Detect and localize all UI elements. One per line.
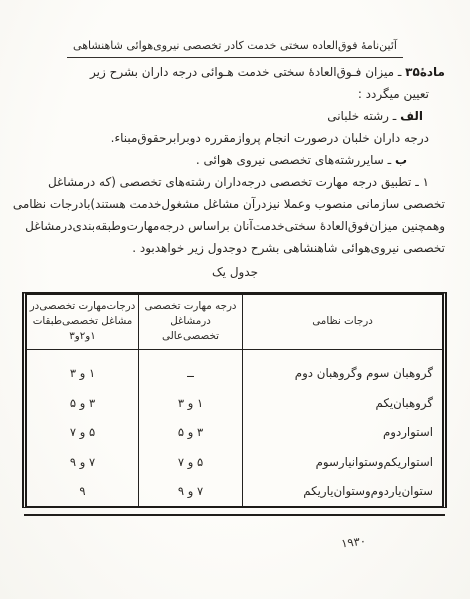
table-bottom-double-rule [24,514,445,516]
ranks-cells: گروهبان سوم وگروهبان دوم گروهبان‌یکم است… [243,350,442,507]
item1-line1: ۱ ـ تطبیق درجه مهارت تخصصی درجه‌داران رش… [25,171,429,193]
column-header-classes-line2: مشاغل تخصصی‌طبقات ۱و۲و۳ [29,314,136,344]
rank-cell: ستوان‌یاردوم‌وستوان‌یاریکم [243,477,442,507]
high-degree-cell: ــ [139,359,242,389]
article-intro-text: ـ میزان فـوق‌العادهٔ سختی خدمت هـوائی در… [90,65,405,79]
column-header-high-line1: درجه مهارت تخصصی [145,299,237,314]
high-degree-cell: ۵ و ۷ [139,447,242,477]
clause-a-heading: الف ـ رشته خلبانی [25,105,423,127]
clause-a-body: درجه داران خلبان درصورت انجام پروازمقرره… [25,127,429,149]
degrees-table: درجات نظامی گروهبان سوم وگروهبان دوم گرو… [22,292,447,508]
header-title: آئین‌نامهٔ فوق‌العاده سختی خدمت کادر تخص… [67,39,403,58]
article-intro-line2: تعیین میگردد : [25,83,429,105]
page-number: ۱۹۳۰ [325,534,366,553]
classes-degree-cell: ۵ و ۷ [27,418,138,448]
rank-cell: گروهبان سوم وگروهبان دوم [243,359,442,389]
rank-cell: استواریکم‌وستوانیارسوم [243,447,442,477]
column-high-specialty-degree: درجه مهارت تخصصی درمشاغل تخصصی‌عالی ــ ۱… [139,295,243,506]
rank-cell: گروهبان‌یکم [243,388,442,418]
item1-line2: تخصصی سازمانی منصوب وعملا نیزدرآن مشاغل … [25,193,445,215]
document-header: آئین‌نامهٔ فوق‌العاده سختی خدمت کادر تخص… [0,34,470,58]
article-number-label: مادۀ۳۵ [405,65,445,79]
classes-degree-cell: ۷ و ۹ [27,447,138,477]
classes-degree-cell: ۱ و ۳ [27,359,138,389]
column-header-ranks-label: درجات نظامی [312,314,373,329]
column-header-classes-line1: درجات‌مهارت تخصصی‌در [30,299,136,314]
clause-b-heading: ب ـ سایررشته‌های تخصصی نیروی هوائی . [25,149,407,171]
column-military-ranks: درجات نظامی گروهبان سوم وگروهبان دوم گرو… [243,295,442,506]
item1-line3: وهمچنین میزان‌فوق‌العادهٔ سختی‌خدمت‌آنان… [25,215,445,237]
scanned-document-page: آئین‌نامهٔ فوق‌العاده سختی خدمت کادر تخص… [0,0,470,599]
column-header-high-specialty: درجه مهارت تخصصی درمشاغل تخصصی‌عالی [139,295,242,350]
high-degree-cell: ۱ و ۳ [139,388,242,418]
classes-degree-cell: ۳ و ۵ [27,388,138,418]
clause-b-title: ـ سایررشته‌های تخصصی نیروی هوائی . [196,153,395,167]
clause-a-label: الف [400,109,423,123]
high-degree-cell: ۳ و ۵ [139,418,242,448]
clause-a-title: ـ رشته خلبانی [327,109,400,123]
column-header-high-line2: درمشاغل تخصصی‌عالی [141,314,240,344]
high-degree-cell: ۷ و ۹ [139,477,242,507]
high-specialty-cells: ــ ۱ و ۳ ۳ و ۵ ۵ و ۷ ۷ و ۹ [139,350,242,507]
column-class-degrees: درجات‌مهارت تخصصی‌در مشاغل تخصصی‌طبقات ۱… [27,295,139,506]
clause-b-label: ب [395,153,407,167]
rank-cell: استواردوم [243,418,442,448]
table-caption: جدول یک [0,265,470,279]
article-intro-line1: مادۀ۳۵ ـ میزان فـوق‌العادهٔ سختی خدمت هـ… [25,61,445,83]
article-body: مادۀ۳۵ ـ میزان فـوق‌العادهٔ سختی خدمت هـ… [25,61,445,259]
class-degree-cells: ۱ و ۳ ۳ و ۵ ۵ و ۷ ۷ و ۹ ۹ [27,350,138,507]
column-header-ranks: درجات نظامی [243,295,442,350]
column-header-classes: درجات‌مهارت تخصصی‌در مشاغل تخصصی‌طبقات ۱… [27,295,138,350]
item1-line4: تخصصی نیروی‌هوائی شاهنشاهی بشرح دوجدول ز… [25,237,445,259]
classes-degree-cell: ۹ [27,477,138,507]
